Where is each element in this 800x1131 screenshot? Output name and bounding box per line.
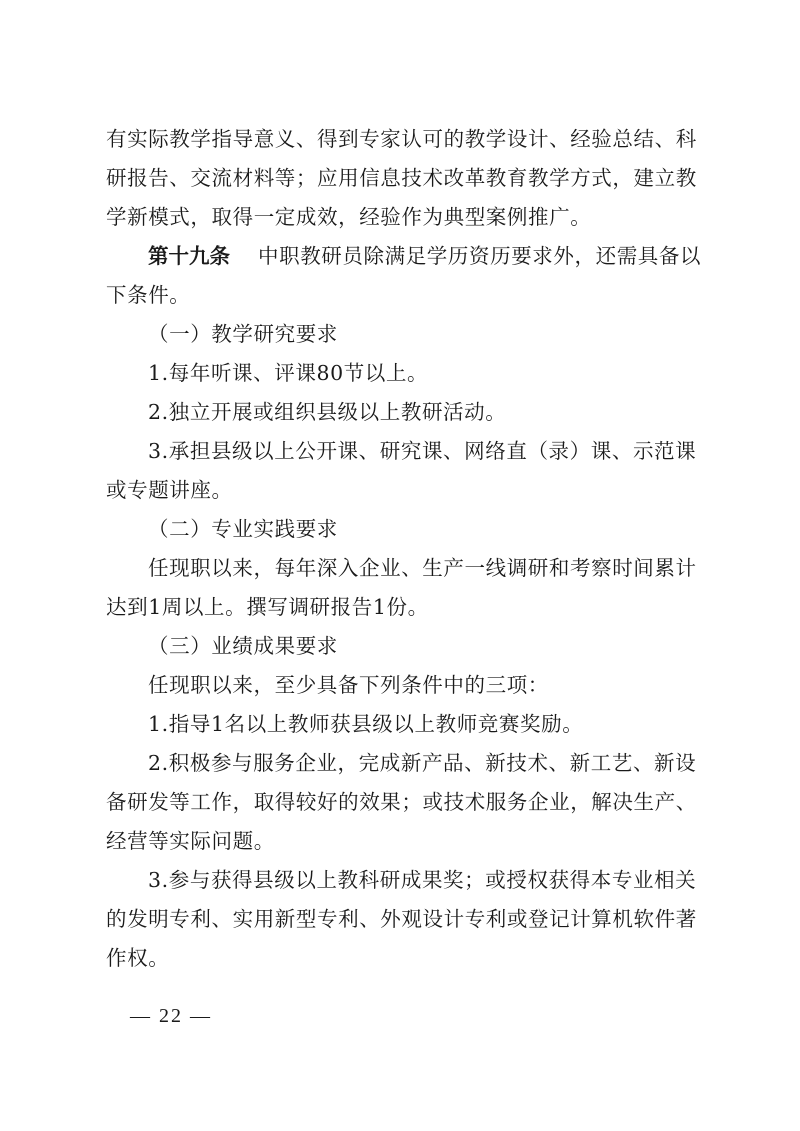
list-item: 2.独立开展或组织县级以上教研活动。 [106,393,700,432]
section-heading-professional-practice: （二）专业实践要求 [106,510,700,549]
paragraph-line-continued: 达到1周以上。撰写调研报告1份。 [106,588,700,627]
paragraph-line: 任现职以来，至少具备下列条件中的三项： [106,666,700,705]
list-item-continued: 备研发等工作，取得较好的效果；或技术服务企业，解决生产、 [106,783,700,822]
paragraph-line: 有实际教学指导意义、得到专家认可的教学设计、经验总结、科 [106,120,700,159]
document-page: 有实际教学指导意义、得到专家认可的教学设计、经验总结、科 研报告、交流材料等；应… [0,0,800,1131]
article-text-continued: 下条件。 [106,276,700,315]
list-item-continued: 作权。 [106,939,700,978]
paragraph-line: 学新模式，取得一定成效，经验作为典型案例推广。 [106,198,700,237]
list-item: 1.每年听课、评课80节以上。 [106,354,700,393]
list-item: 3.参与获得县级以上教科研成果奖；或授权获得本专业相关 [106,861,700,900]
list-item: 3.承担县级以上公开课、研究课、网络直（录）课、示范课 [106,432,700,471]
section-heading-teaching-research: （一）教学研究要求 [106,315,700,354]
paragraph-line: 研报告、交流材料等；应用信息技术改革教育教学方式，建立教 [106,159,700,198]
article-nineteen: 第十九条中职教研员除满足学历资历要求外，还需具备以 [106,237,700,276]
list-item-continued: 的发明专利、实用新型专利、外观设计专利或登记计算机软件著 [106,900,700,939]
page-number: — 22 — [130,1003,212,1029]
body-text: 有实际教学指导意义、得到专家认可的教学设计、经验总结、科 研报告、交流材料等；应… [106,120,700,978]
list-item-continued: 或专题讲座。 [106,471,700,510]
article-label: 第十九条 [148,244,230,268]
article-text: 中职教研员除满足学历资历要求外，还需具备以 [258,244,701,268]
list-item: 1.指导1名以上教师获县级以上教师竞赛奖励。 [106,705,700,744]
section-heading-achievements: （三）业绩成果要求 [106,627,700,666]
list-item-continued: 经营等实际问题。 [106,822,700,861]
list-item: 2.积极参与服务企业，完成新产品、新技术、新工艺、新设 [106,744,700,783]
paragraph-line: 任现职以来，每年深入企业、生产一线调研和考察时间累计 [106,549,700,588]
